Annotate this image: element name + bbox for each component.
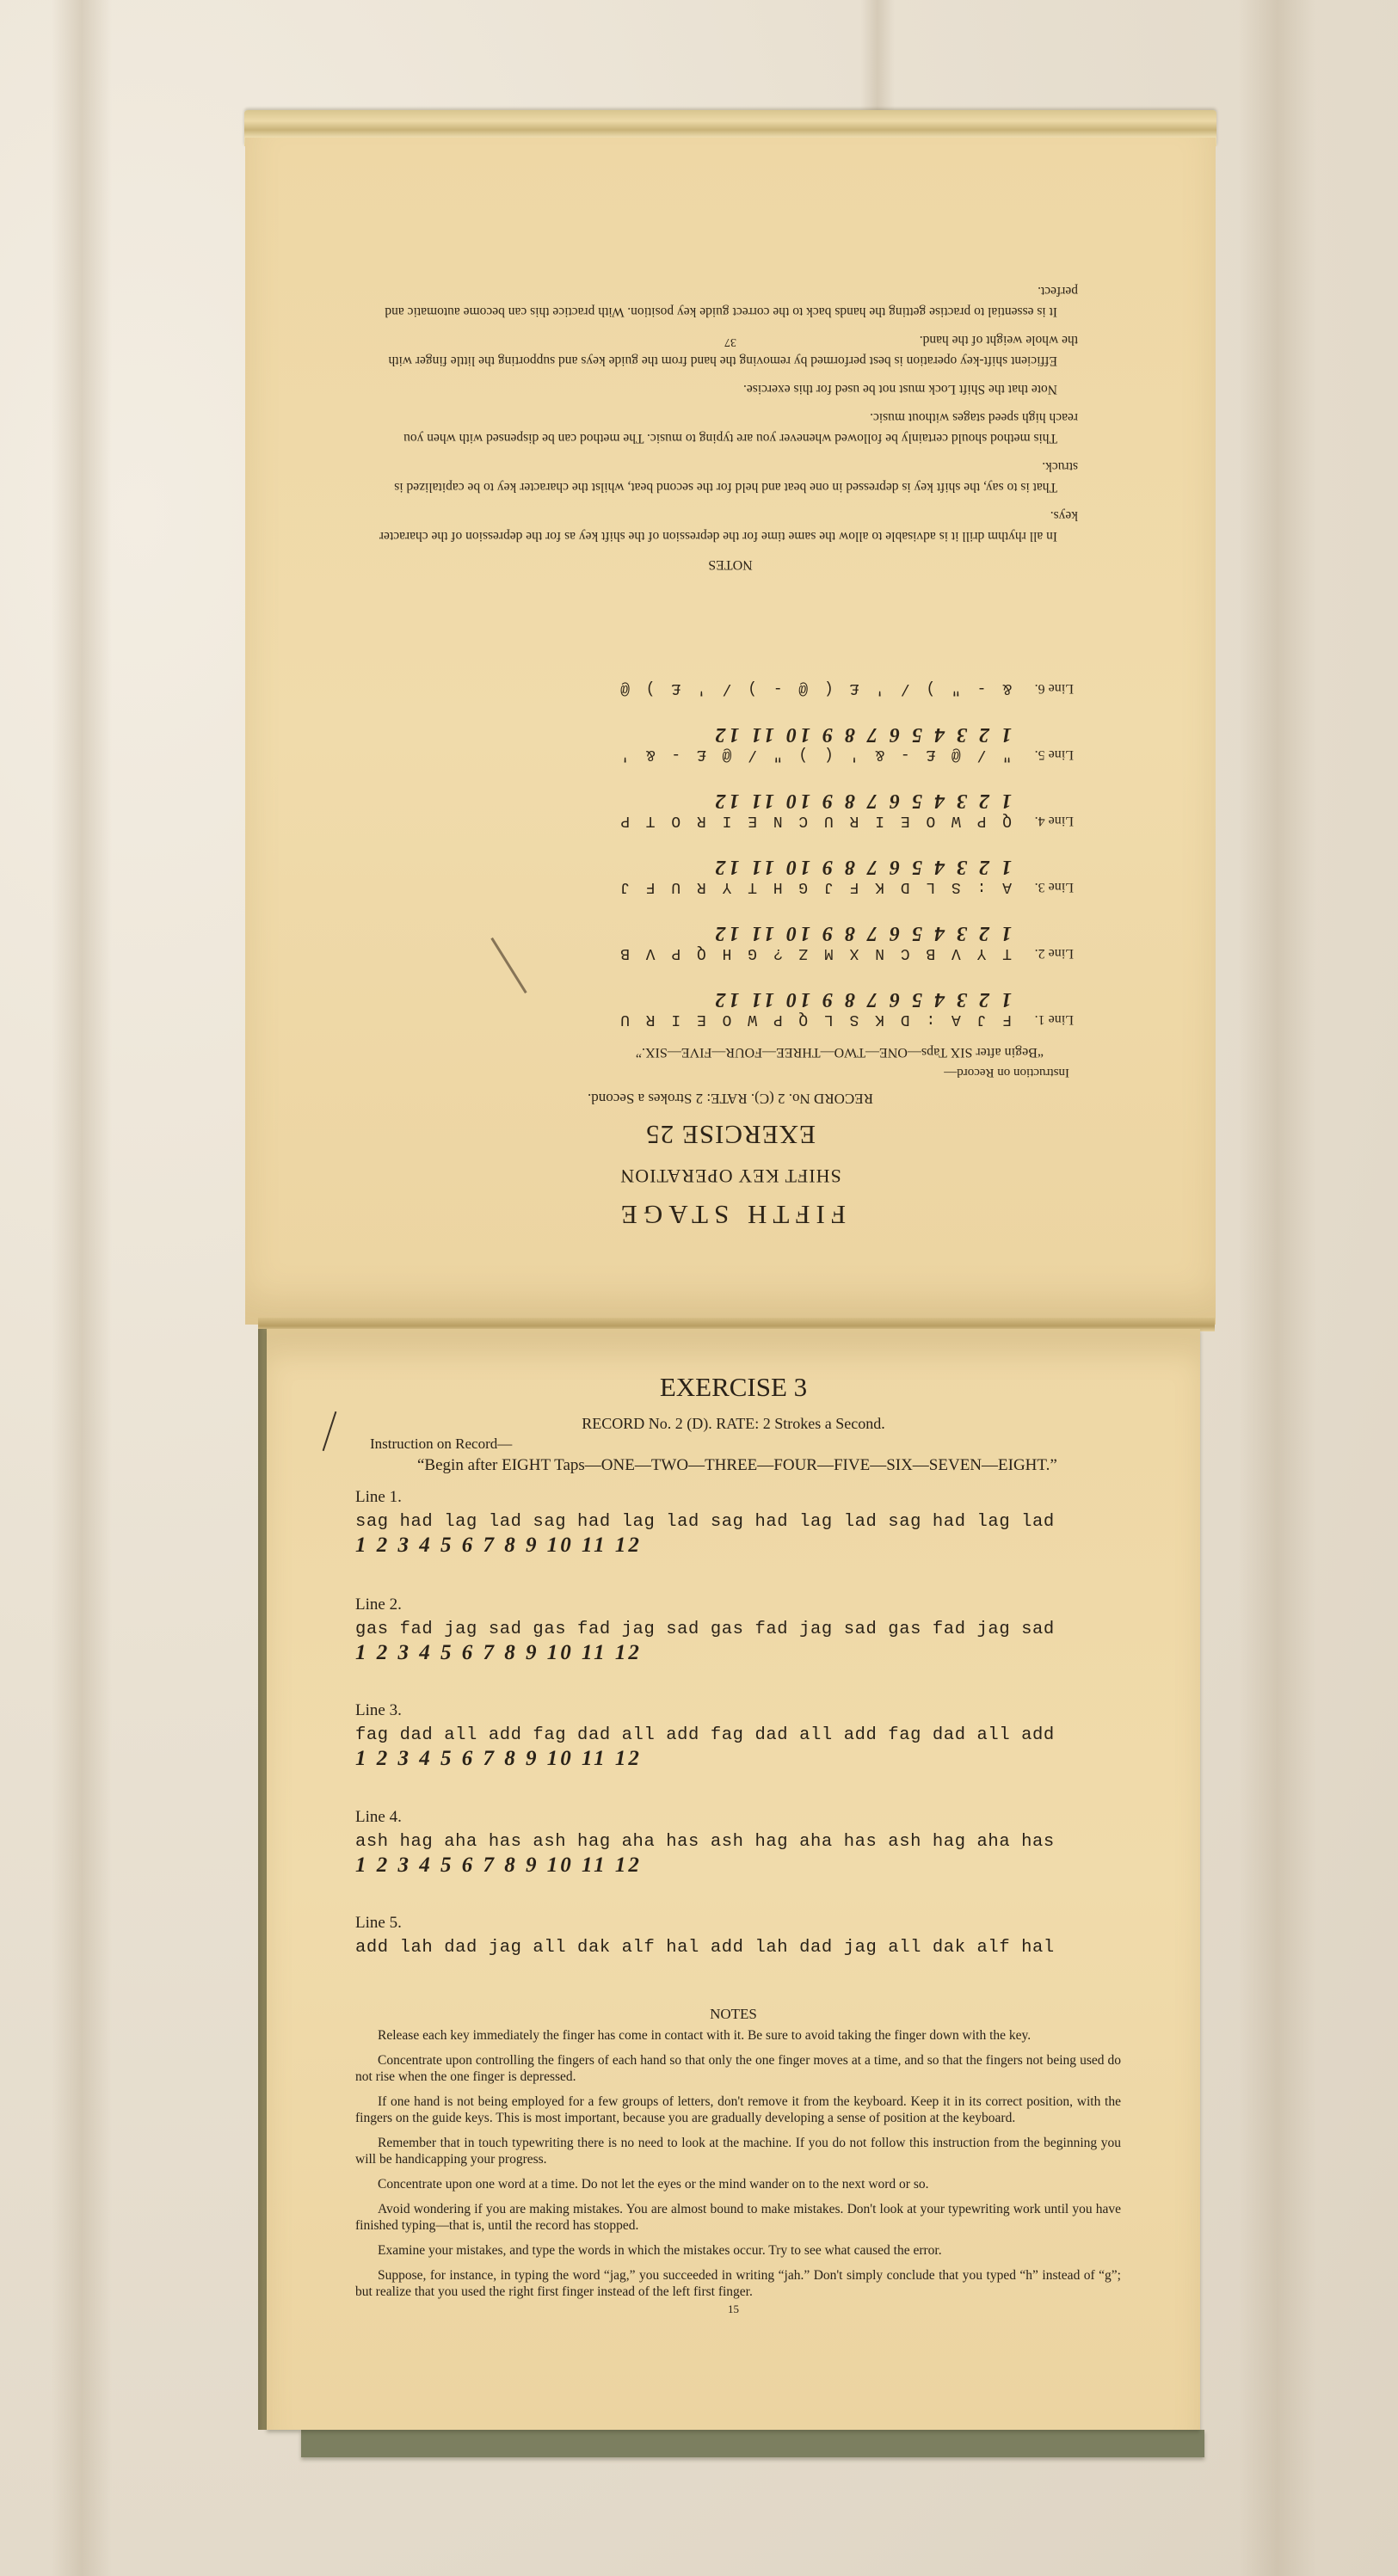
note-paragraph: Examine your mistakes, and type the word…: [355, 2242, 1121, 2259]
page-number: 15: [267, 2302, 1200, 2316]
exercise-title: EXERCISE 3: [267, 1372, 1200, 1403]
line-keys: T Y V B C N X M Z ? G H Q P V B: [617, 944, 1012, 962]
drill-line: Line 2. gas fad jag sad gas fad jag sad …: [355, 1595, 1130, 1665]
cloth-fold: [1239, 0, 1316, 2576]
note-paragraph: If one hand is not being employed for a …: [355, 2093, 1121, 2126]
note-paragraph: That is to say, the shift key is depress…: [373, 456, 1078, 497]
instruction-label: Instruction on Record—: [944, 1065, 1069, 1079]
drill-line: Line 2.T Y V B C N X M Z ? G H Q P V B 1…: [368, 921, 1074, 962]
note-paragraph: Remember that in touch typewriting there…: [355, 2135, 1121, 2167]
note-paragraph: Suppose, for instance, in typing the wor…: [355, 2267, 1121, 2300]
drill-line: Line 5." / @ £ - & ' ( ) " / @ £ - & ' 1…: [368, 722, 1074, 763]
note-paragraph: In all rhythm drill it is advisable to a…: [373, 505, 1078, 546]
drill-line: Line 4.Q P W O E I R U C N E I R O T P 1…: [368, 789, 1074, 829]
note-paragraph: It is essential to practise getting the …: [373, 280, 1078, 322]
line-counts: 1 2 3 4 5 6 7 8 9 10 11 12: [368, 789, 1012, 812]
exercise-title: EXERCISE 25: [245, 1119, 1216, 1150]
drill-line: Line 1. sag had lag lad sag had lag lad …: [355, 1488, 1130, 1558]
line-keys: A : S L D K F J G H T Y R U F J: [617, 878, 1012, 895]
stage-subtitle: SHIFT KEY OPERATION: [245, 1165, 1216, 1187]
drill-line: Line 3. fag dad all add fag dad all add …: [355, 1701, 1130, 1771]
line-counts: 1 2 3 4 5 6 7 8 9 10 11 12: [355, 1534, 1130, 1558]
cloth-fold: [52, 0, 112, 2576]
line-label: Line 5.: [1012, 747, 1074, 762]
line-label: Line 6.: [1012, 680, 1074, 696]
line-words: add lah dad jag all dak alf hal add lah …: [355, 1938, 1130, 1958]
line-words: fag dad all add fag dad all add fag dad …: [355, 1725, 1130, 1745]
note-paragraph: Avoid wondering if you are making mistak…: [355, 2201, 1121, 2234]
line-label: Line 4.: [355, 1808, 1130, 1827]
line-label: Line 5.: [355, 1914, 1130, 1933]
instruction-quote: “Begin after SIX Taps—ONE—TWO—THREE—FOUR…: [636, 1044, 1044, 1060]
line-label: Line 3.: [1012, 879, 1074, 895]
record-line: RECORD No. 2 (C). RATE: 2 Strokes a Seco…: [245, 1090, 1216, 1107]
note-paragraph: Release each key immediately the finger …: [355, 2027, 1121, 2044]
line-counts: 1 2 3 4 5 6 7 8 9 10 11 12: [355, 1641, 1130, 1665]
drill-line: Line 5. add lah dad jag all dak alf hal …: [355, 1914, 1130, 1958]
note-paragraph: Note that the Shift Lock must not be use…: [373, 378, 1078, 399]
top-page-content: FIFTH STAGE SHIFT KEY OPERATION EXERCISE…: [245, 138, 1216, 1325]
note-paragraph: Concentrate upon controlling the fingers…: [355, 2052, 1121, 2085]
notes-heading: NOTES: [267, 2006, 1200, 2023]
instruction-quote: “Begin after EIGHT Taps—ONE—TWO—THREE—FO…: [417, 1456, 1057, 1475]
line-counts: 1 2 3 4 5 6 7 8 9 10 11 12: [368, 921, 1012, 944]
line-counts: 1 2 3 4 5 6 7 8 9 10 11 12: [368, 855, 1012, 878]
line-keys: F J A : D K S L Q P W O E I R U: [617, 1011, 1012, 1028]
line-words: sag had lag lad sag had lag lad sag had …: [355, 1512, 1130, 1532]
line-label: Line 2.: [355, 1595, 1130, 1614]
cloth-fold: [860, 0, 895, 120]
drill-line: Line 4. ash hag aha has ash hag aha has …: [355, 1808, 1130, 1878]
line-counts: 1 2 3 4 5 6 7 8 9 10 11 12: [368, 722, 1012, 746]
line-keys: " / @ £ - & ' ( ) " / @ £ - & ': [617, 746, 1012, 763]
line-words: ash hag aha has ash hag aha has ash hag …: [355, 1832, 1130, 1852]
bottom-page-content: EXERCISE 3 RECORD No. 2 (D). RATE: 2 Str…: [267, 1329, 1200, 2430]
line-label: Line 4.: [1012, 813, 1074, 828]
line-keys: & - " ) / ' £ ( @ - ) / ' £ ) @: [617, 679, 1012, 697]
drill-line: Line 6.& - " ) / ' £ ( @ - ) / ' £ ) @: [368, 679, 1074, 697]
note-paragraph: This method should certainly be followed…: [373, 407, 1078, 448]
drill-line: Line 1.F J A : D K S L Q P W O E I R U 1…: [368, 987, 1074, 1028]
record-line: RECORD No. 2 (D). RATE: 2 Strokes a Seco…: [267, 1415, 1200, 1433]
note-paragraph: Concentrate upon one word at a time. Do …: [355, 2176, 1121, 2192]
line-words: gas fad jag sad gas fad jag sad gas fad …: [355, 1620, 1130, 1639]
stage-title: FIFTH STAGE: [245, 1199, 1216, 1230]
instruction-label: Instruction on Record—: [370, 1436, 512, 1453]
line-label: Line 2.: [1012, 945, 1074, 961]
book-cover-bottom: [301, 2430, 1204, 2457]
line-counts: 1 2 3 4 5 6 7 8 9 10 11 12: [355, 1854, 1130, 1878]
line-counts: 1 2 3 4 5 6 7 8 9 10 11 12: [355, 1747, 1130, 1771]
notes: In all rhythm drill it is advisable to a…: [373, 273, 1078, 546]
drill-line: Line 3.A : S L D K F J G H T Y R U F J 1…: [368, 855, 1074, 895]
line-keys: Q P W O E I R U C N E I R O T P: [617, 812, 1012, 829]
line-label: Line 1.: [355, 1488, 1130, 1507]
line-label: Line 3.: [355, 1701, 1130, 1720]
page-number: 37: [245, 335, 1216, 348]
line-label: Line 1.: [1012, 1011, 1074, 1027]
line-counts: 1 2 3 4 5 6 7 8 9 10 11 12: [368, 987, 1012, 1011]
notes-heading: NOTES: [245, 556, 1216, 572]
notes: Release each key immediately the finger …: [355, 2027, 1121, 2309]
drill-lines: Line 1.F J A : D K S L Q P W O E I R U 1…: [368, 654, 1074, 1028]
